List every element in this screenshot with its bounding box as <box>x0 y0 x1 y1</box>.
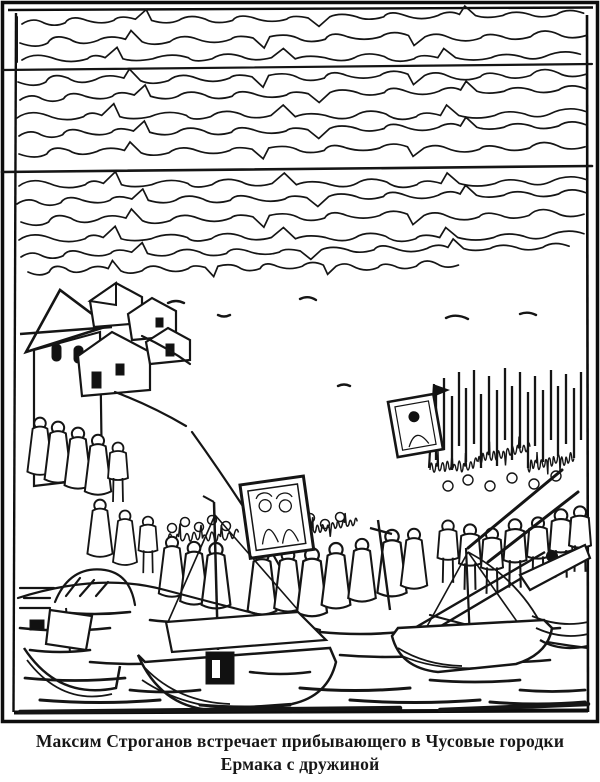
rule-line <box>2 166 592 172</box>
person-figure <box>348 539 376 602</box>
icon-procession <box>159 476 427 616</box>
banner-pennant <box>433 384 450 397</box>
caption: Максим Строганов встречает прибывающего … <box>0 730 600 776</box>
banner <box>388 384 450 468</box>
person-figure <box>87 500 112 557</box>
person-figure <box>139 517 158 574</box>
hatched-mound <box>20 569 135 608</box>
rule-line <box>2 64 592 70</box>
caption-line-1: Максим Строганов встречает прибывающего … <box>0 730 600 753</box>
manuscript-block <box>2 6 592 277</box>
townspeople-crowd <box>27 418 157 573</box>
person-figure <box>401 529 427 589</box>
holy-icon <box>240 476 314 558</box>
person-figure <box>113 511 137 566</box>
book-page: Максим Строганов встречает прибывающего … <box>0 0 600 782</box>
chronicle-miniature <box>0 0 600 724</box>
person-figure <box>322 543 351 608</box>
caption-line-2: Ермака с дружиной <box>0 753 600 776</box>
person-figure <box>108 443 128 503</box>
